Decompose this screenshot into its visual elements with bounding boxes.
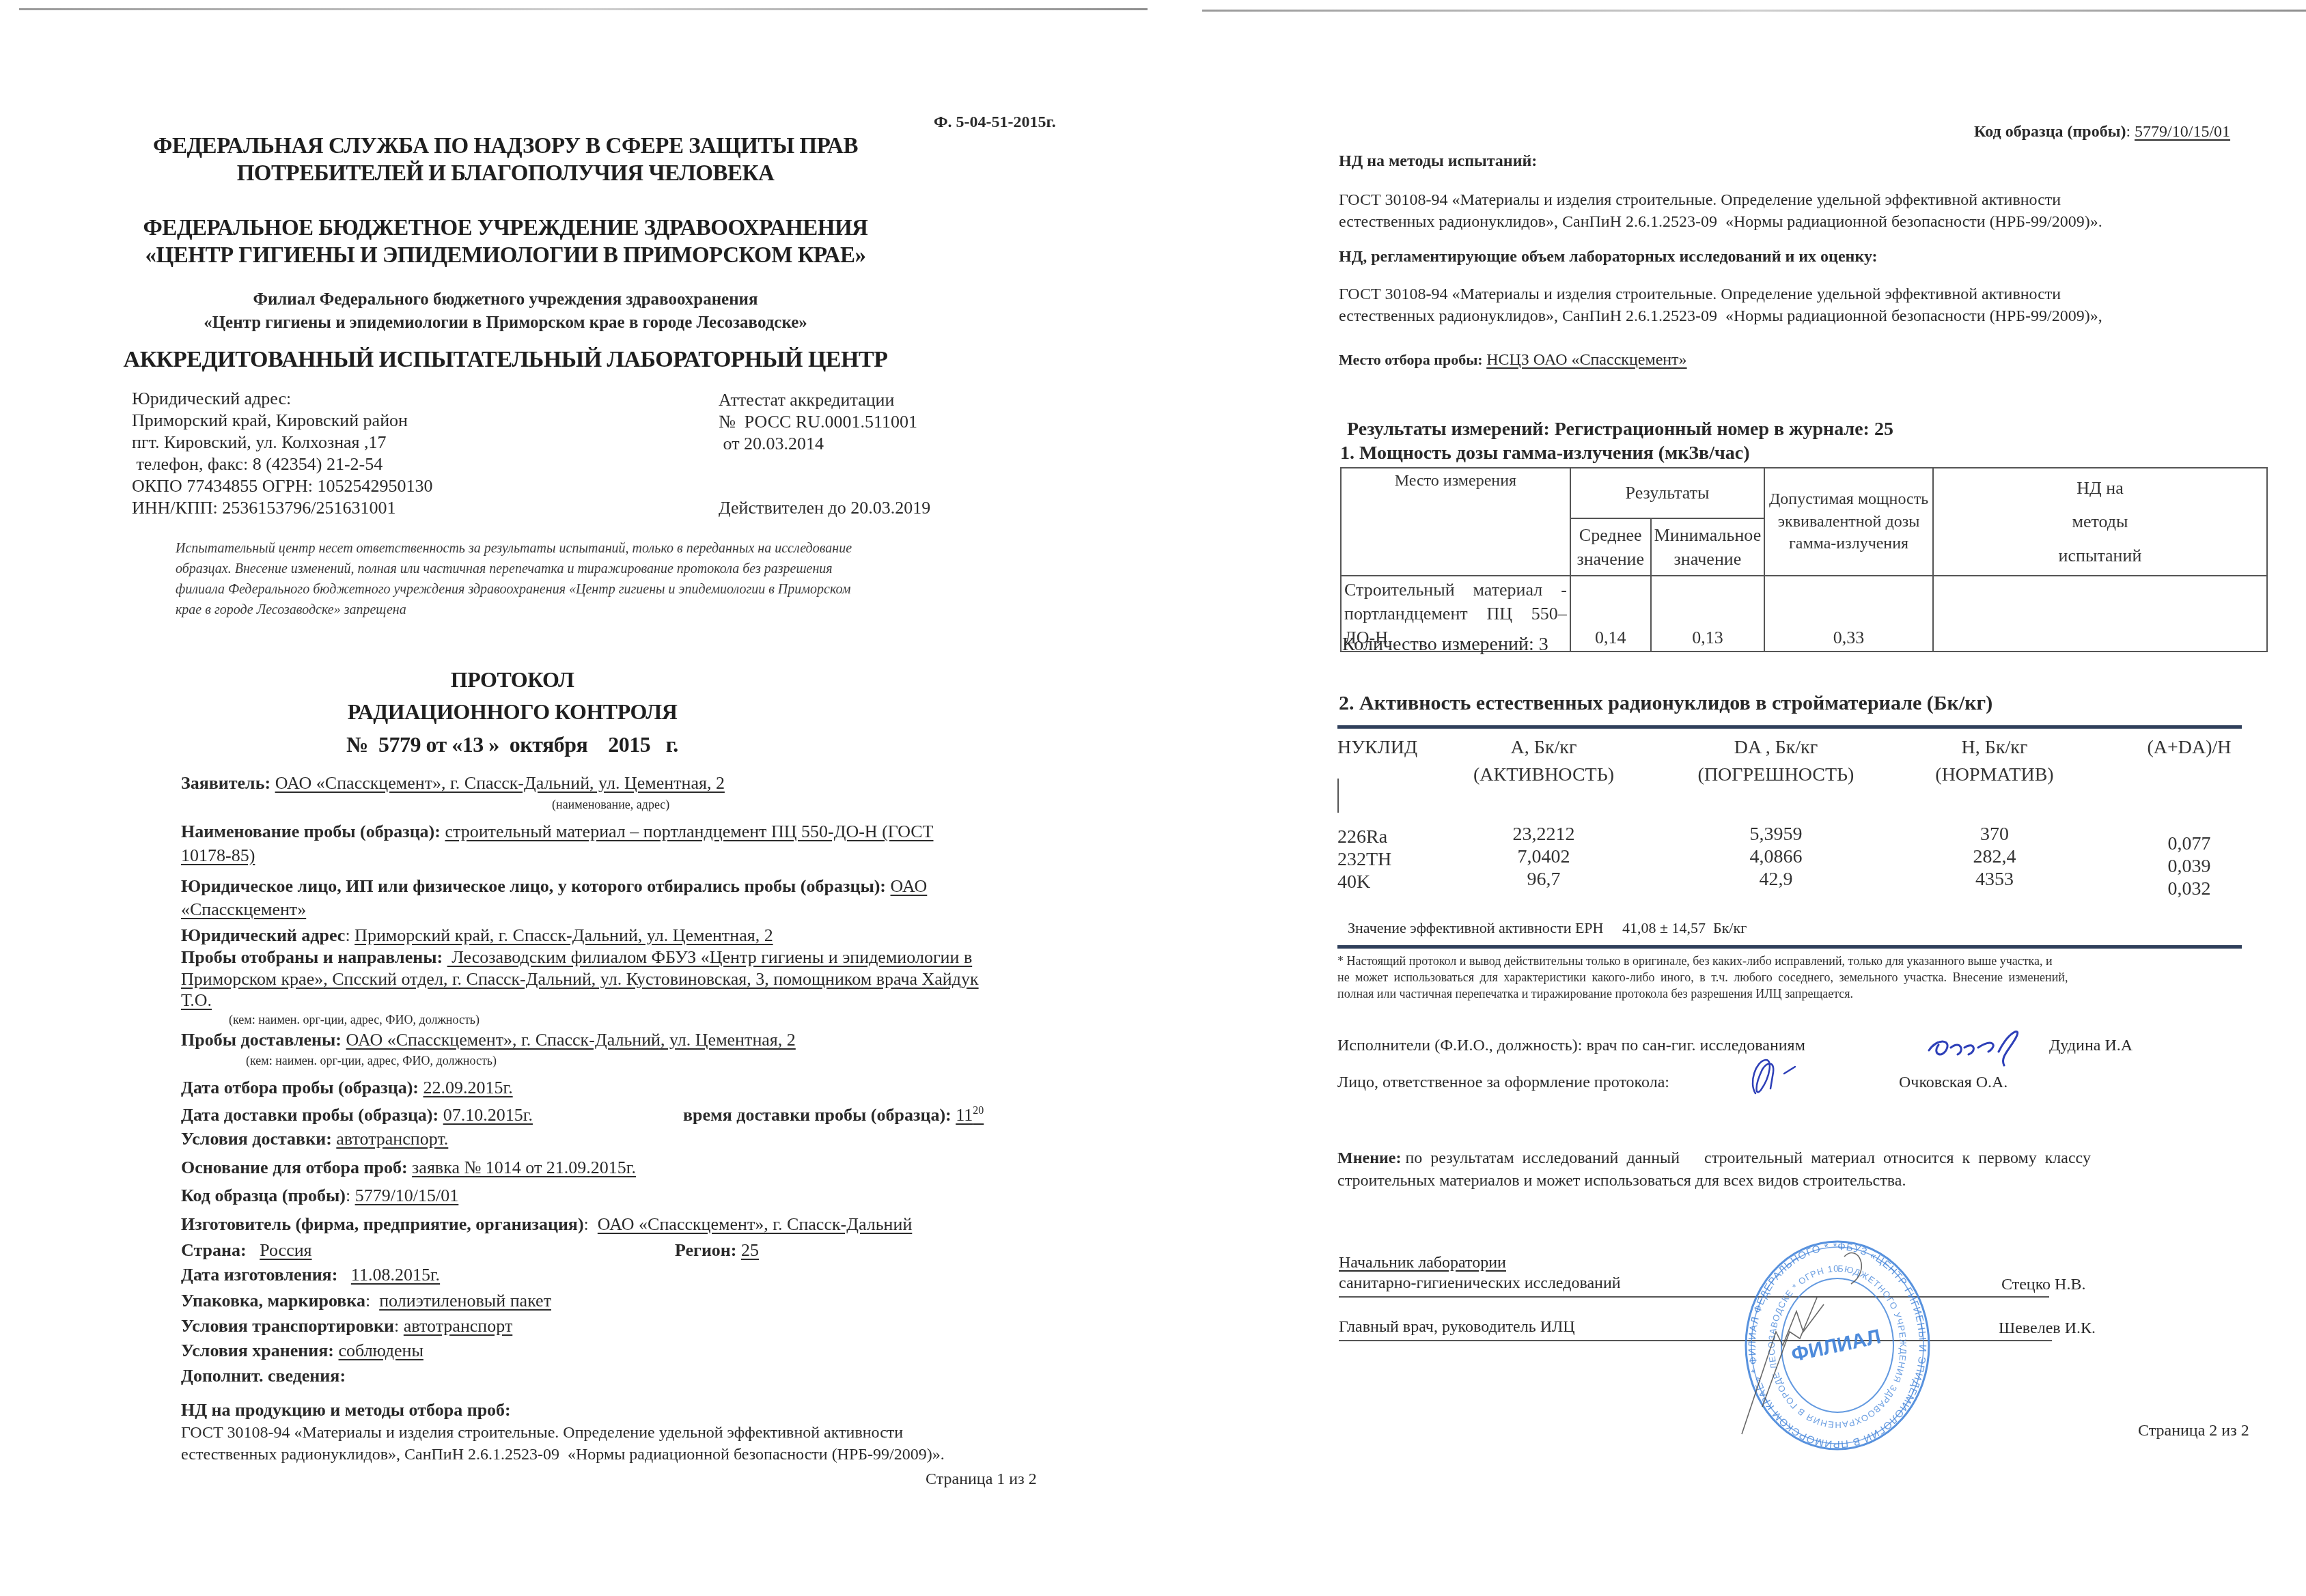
accreditation-block: Аттестат аккредитации № РОСС RU.0001.511… — [719, 389, 917, 455]
nuclide-header-cell: НУКЛИД — [1337, 734, 1433, 761]
field-value: ОАО «Спасскцемент», г. Спасск-Дальний, у… — [275, 773, 725, 793]
field-hint: (кем: наимен. орг-ции, адрес, ФИО, должн… — [246, 1054, 497, 1068]
page-footer: Страница 2 из 2 — [2138, 1422, 2249, 1440]
field-manufacturer: Изготовитель (фирма, предприятие, органи… — [181, 1214, 912, 1235]
page-footer: Страница 1 из 2 — [926, 1470, 1037, 1489]
field-label: Основание для отбора проб: — [181, 1158, 408, 1177]
cell-nd — [1933, 576, 2267, 652]
nd-scope-line: естественных радионуклидов», СанПиН 2.6.… — [1339, 307, 2102, 326]
field-label: Дата отбора пробы (образца): — [181, 1078, 419, 1097]
head-lab-title: санитарно-гигиенических исследований — [1339, 1274, 1621, 1293]
cell-allowed: 0,33 — [1764, 576, 1933, 652]
protocol-page-2: Код образца (пробы): 5779/10/15/01 НД на… — [1154, 0, 2306, 1596]
branch-line-1: Филиал Федерального бюджетного учреждени… — [109, 290, 902, 309]
field-label: Пробы отобраны и направлены: — [181, 947, 443, 967]
address-line: ИНН/КПП: 2536153796/251631001 — [132, 497, 432, 519]
header-line: (АКТИВНОСТЬ) — [1455, 761, 1633, 789]
field-value: 5779/10/15/01 — [2135, 123, 2230, 141]
field-value: Приморский край, г. Спасск-Дальний, ул. … — [355, 925, 773, 945]
address-line: ОКПО 77434855 ОГРН: 1052542950130 — [132, 475, 432, 497]
field-label: Код образца (пробы) — [181, 1186, 346, 1205]
field-label: Юридический адрес — [181, 925, 345, 945]
protocol-title-2: РАДИАЦИОННОГО КОНТРОЛЯ — [205, 699, 820, 725]
accreditation-valid-until: Действителен до 20.03.2019 — [719, 498, 930, 518]
field-value: ОАО «Спасскцемент», г. Спасск-Дальний — [598, 1214, 912, 1234]
field-additional: Дополнит. сведения: — [181, 1366, 346, 1386]
field-value: НСЦЗ ОАО «Спасскцемент» — [1486, 351, 1686, 369]
protocol-title-1: ПРОТОКОЛ — [205, 667, 820, 692]
nuclide-cell-a: 7,0402 — [1455, 846, 1633, 868]
protocol-page-1: Ф. 5-04-51-2015г. ФЕДЕРАЛЬНАЯ СЛУЖБА ПО … — [0, 0, 1148, 1596]
nuclide-header-cell: А, Бк/кг(АКТИВНОСТЬ) — [1455, 734, 1633, 789]
header-allowed: Допустимая мощность эквивалентной дозы г… — [1764, 468, 1933, 576]
field-legal-address: Юридический адрес: Приморский край, г. С… — [181, 925, 773, 946]
nuclide-cell-a: 23,2212 — [1455, 824, 1633, 845]
field-value: ОАО — [891, 876, 928, 896]
field-label: Условия доставки: — [181, 1129, 332, 1149]
field-delivery-date: Дата доставки пробы (образца): 07.10.201… — [181, 1105, 533, 1125]
footnote: * Настоящий протокол и вывод действитель… — [1337, 953, 2068, 1002]
page-edge — [1202, 10, 2306, 12]
nd-methods-line: ГОСТ 30108-94 «Материалы и изделия строи… — [1339, 191, 2061, 210]
table-left-tick — [1337, 779, 1339, 813]
agency-line-1: ФЕДЕРАЛЬНАЯ СЛУЖБА ПО НАДЗОРУ В СФЕРЕ ЗА… — [109, 134, 902, 159]
protocol-number: № 5779 от «13 » октября 2015 г. — [205, 732, 820, 757]
performers-label: Исполнители (Ф.И.О., должность): врач по… — [1337, 1037, 1805, 1055]
field-value: Россия — [260, 1240, 311, 1260]
field-hint: (кем: наимен. орг-ции, адрес, ФИО, должн… — [229, 1013, 480, 1027]
field-value: автотранспорт — [404, 1316, 512, 1336]
disclaimer: Испытательный центр несет ответственност… — [176, 538, 852, 620]
field-value: 5779/10/15/01 — [355, 1186, 459, 1205]
field-value: 11.08.2015г. — [351, 1265, 440, 1285]
responsible-signature-icon — [1742, 1056, 1817, 1097]
field-sample-name: Наименование пробы (образца): строительн… — [181, 822, 934, 842]
head-lab-title: Начальник лаборатории — [1339, 1254, 1506, 1272]
field-manufacture-date: Дата изготовления: 11.08.2015г. — [181, 1265, 440, 1285]
header-place: Место измерения — [1341, 468, 1570, 576]
effective-activity: Значение эффективной активности ЕРН 41,0… — [1348, 919, 1747, 937]
field-transport: Условия транспортировки: автотранспорт — [181, 1316, 512, 1336]
signature-line — [1339, 1340, 2052, 1341]
nuclide-cell-ratio: 0,077 — [2124, 833, 2254, 855]
field-delivery-conditions: Условия доставки: автотранспорт. — [181, 1129, 448, 1149]
header-results: Результаты — [1570, 468, 1764, 518]
field-value: Приморском крае», Спсский отдел, г. Спас… — [181, 969, 979, 990]
field-value: строительный материал – портландцемент П… — [445, 822, 933, 841]
field-value: Лесозаводским филиалом ФБУЗ «Центр гигие… — [447, 947, 973, 967]
disclaimer-line: крае в городе Лесозаводске» запрещена — [176, 600, 852, 620]
field-sample-code: Код образца (пробы): 5779/10/15/01 — [181, 1186, 458, 1206]
nd-scope-line: ГОСТ 30108-94 «Материалы и изделия строи… — [1339, 285, 2061, 304]
field-value: 25 — [741, 1240, 759, 1260]
opinion-text: строительных материалов и может использо… — [1337, 1172, 1906, 1190]
gamma-title: 1. Мощность дозы гамма-излучения (мкЗв/ч… — [1340, 443, 1750, 464]
nuclide-cell-da: 42,9 — [1673, 869, 1878, 891]
disclaimer-line: образцах. Внесение изменений, полная или… — [176, 559, 852, 579]
address-line: пгт. Кировский, ул. Колхозная ,17 — [132, 432, 432, 453]
field-label: Заявитель: — [181, 773, 270, 793]
field-label: Наименование пробы (образца): — [181, 822, 441, 841]
performer-signature-icon — [1923, 1024, 2040, 1072]
nuclide-cell-nuclide: 226Ra — [1337, 826, 1433, 848]
nd-products-label: НД на продукцию и методы отбора проб: — [181, 1400, 511, 1420]
form-code: Ф. 5-04-51-2015г. — [934, 113, 1056, 132]
field-label: Место отбора пробы: — [1339, 351, 1483, 368]
nd-products-line: естественных радионуклидов», СанПиН 2.6.… — [181, 1446, 945, 1464]
field-region: Регион: 25 — [675, 1240, 759, 1261]
field-value: 22.09.2015г. — [423, 1078, 512, 1097]
nuclide-cell-da: 4,0866 — [1673, 846, 1878, 868]
opinion-label: Мнение: — [1337, 1149, 1401, 1167]
field-delivered-by: Пробы доставлены: ОАО «Спасскцемент», г.… — [181, 1030, 796, 1050]
address-line: Юридический адрес: — [132, 388, 432, 410]
institution-line-1: ФЕДЕРАЛЬНОЕ БЮДЖЕТНОЕ УЧРЕЖДЕНИЕ ЗДРАВОО… — [109, 216, 902, 241]
field-storage: Условия хранения: соблюдены — [181, 1341, 423, 1361]
header-line: DA , Бк/кг — [1673, 734, 1878, 761]
nuclide-header-cell: (A+DA)/H — [2124, 734, 2254, 761]
nuclide-cell-nuclide: 40K — [1337, 871, 1433, 893]
page-edge — [19, 8, 1148, 10]
field-legal-entity: Юридическое лицо, ИП или физическое лицо… — [181, 876, 927, 897]
field-label: Пробы доставлены: — [181, 1030, 342, 1050]
field-value: заявка № 1014 от 21.09.2015г. — [412, 1158, 636, 1177]
nuclide-cell-da: 5,3959 — [1673, 824, 1878, 845]
branch-line-2: «Центр гигиены и эпидемиологии в Приморс… — [109, 313, 902, 333]
header-min: Минимальное значение — [1651, 518, 1765, 576]
header-line: Н, Бк/кг — [1906, 734, 2083, 761]
cell-min: 0,13 — [1651, 576, 1765, 652]
header-line: (A+DA)/H — [2124, 734, 2254, 761]
chief-name: Шевелев И.К. — [1999, 1319, 2096, 1338]
responsible-label: Лицо, ответственное за оформление проток… — [1337, 1074, 1669, 1092]
time-hours: 11 — [956, 1105, 973, 1125]
nuclide-header-cell: Н, Бк/кг(НОРМАТИВ) — [1906, 734, 2083, 789]
field-value: «Спасскцемент» — [181, 899, 306, 920]
field-value: 10178-85) — [181, 845, 255, 866]
nuclide-cell-h: 4353 — [1906, 869, 2083, 891]
address-block: Юридический адрес: Приморский край, Киро… — [132, 388, 432, 519]
nuclide-cell-ratio: 0,032 — [2124, 878, 2254, 900]
nuclide-cell-a: 96,7 — [1455, 869, 1633, 891]
field-label: Юридическое лицо, ИП или физическое лицо… — [181, 876, 886, 896]
field-value: ОАО «Спасскцемент», г. Спасск-Дальний, у… — [346, 1030, 796, 1050]
cell-mean: 0,14 — [1570, 576, 1651, 652]
field-hint: (наименование, адрес) — [552, 798, 669, 812]
field-label: Условия хранения: — [181, 1341, 334, 1360]
responsible-name: Очковская О.А. — [1899, 1074, 2008, 1092]
header-mean: Среднее значение — [1570, 518, 1651, 576]
field-value: соблюдены — [339, 1341, 423, 1360]
footnote-line: * Настоящий протокол и вывод действитель… — [1337, 953, 2068, 969]
field-basis: Основание для отбора проб: заявка № 1014… — [181, 1158, 636, 1178]
nd-methods-line: естественных радионуклидов», СанПиН 2.6.… — [1339, 213, 2102, 232]
nd-methods-label: НД на методы испытаний: — [1339, 152, 1537, 171]
field-label: Дата доставки пробы (образца): — [181, 1105, 439, 1125]
head-lab-name: Стецко Н.В. — [2001, 1276, 2085, 1294]
official-stamp-icon: ФБУЗ «ЦЕНТР ГИГИЕНЫ И ЭПИДЕМИОЛОГИИ В ПР… — [1735, 1229, 1940, 1455]
field-sampled-by: Пробы отобраны и направлены: Лесозаводск… — [181, 947, 972, 968]
opinion-text: по результатам исследований данный строи… — [1405, 1149, 2091, 1167]
field-sampling-date: Дата отбора пробы (образца): 22.09.2015г… — [181, 1078, 513, 1098]
header-nd-text: НД на методы испытаний — [2048, 471, 2151, 572]
footnote-line: не может использоваться для характеристи… — [1337, 969, 2068, 985]
signature-line — [1339, 1296, 2049, 1298]
measurement-count: Количество измерений: 3 — [1342, 634, 1548, 656]
results-title: Результаты измерений: Регистрационный но… — [1347, 419, 1893, 440]
performers-name: Дудина И.А — [2049, 1037, 2133, 1055]
opinion: Мнение: по результатам исследований данн… — [1337, 1149, 2091, 1168]
header-line: (НОРМАТИВ) — [1906, 761, 2083, 789]
divider-rule — [1337, 945, 2242, 949]
nd-scope-label: НД, регламентирующие объем лабораторных … — [1339, 248, 1878, 266]
field-label: Страна: — [181, 1240, 247, 1260]
nuclides-title: 2. Активность естественных радионуклидов… — [1339, 692, 1992, 715]
header-line: НУКЛИД — [1337, 734, 1433, 761]
field-packaging: Упаковка, маркировка: полиэтиленовый пак… — [181, 1291, 551, 1311]
address-line: Приморский край, Кировский район — [132, 410, 432, 432]
field-value: полиэтиленовый пакет — [379, 1291, 551, 1311]
field-value: 07.10.2015г. — [443, 1105, 533, 1125]
field-value: 1120 — [956, 1105, 984, 1125]
accreditation-label: Аттестат аккредитации — [719, 389, 917, 411]
header-line: (ПОГРЕШНОСТЬ) — [1673, 761, 1878, 789]
agency-line-2: ПОТРЕБИТЕЛЕЙ И БЛАГОПОЛУЧИЯ ЧЕЛОВЕКА — [109, 161, 902, 186]
disclaimer-line: филиала Федерального бюджетного учрежден… — [176, 579, 852, 600]
header-nd: НД на методы испытаний — [1933, 468, 2267, 576]
field-label: Код образца (пробы) — [1974, 123, 2126, 141]
time-minutes: 20 — [973, 1105, 984, 1117]
field-label: Дата изготовления: — [181, 1265, 337, 1285]
field-label: время доставки пробы (образца): — [683, 1105, 951, 1125]
nuclide-header-cell: DA , Бк/кг(ПОГРЕШНОСТЬ) — [1673, 734, 1878, 789]
nuclide-cell-nuclide: 232TH — [1337, 849, 1433, 871]
header-line: А, Бк/кг — [1455, 734, 1633, 761]
footnote-line: полная или частичная перепечатка и тираж… — [1337, 985, 2068, 1002]
accreditation-number: № РОСС RU.0001.511001 — [719, 411, 917, 433]
institution-line-2: «ЦЕНТР ГИГИЕНЫ И ЭПИДЕМИОЛОГИИ В ПРИМОРС… — [109, 243, 902, 268]
field-value: Т.О. — [181, 990, 212, 1011]
address-line: телефон, факс: 8 (42354) 21-2-54 — [132, 453, 432, 475]
accreditation-date: от 20.03.2014 — [719, 433, 917, 455]
lab-center-title: АККРЕДИТОВАННЫЙ ИСПЫТАТЕЛЬНЫЙ ЛАБОРАТОРН… — [109, 347, 902, 373]
field-applicant: Заявитель: ОАО «Спасскцемент», г. Спасск… — [181, 773, 725, 794]
field-country: Страна: Россия — [181, 1240, 312, 1261]
gamma-table: Место измерения Результаты Допустимая мо… — [1340, 467, 2268, 652]
field-label: Условия транспортировки — [181, 1316, 394, 1336]
sampling-place: Место отбора пробы: НСЦЗ ОАО «Спасскцеме… — [1339, 351, 1687, 369]
divider-rule — [1337, 725, 2242, 729]
field-delivery-time: время доставки пробы (образца): 1120 — [683, 1105, 984, 1125]
sample-code: Код образца (пробы): 5779/10/15/01 — [1974, 123, 2230, 141]
nd-products-line: ГОСТ 30108-94 «Материалы и изделия строи… — [181, 1424, 903, 1442]
disclaimer-line: Испытательный центр несет ответственност… — [176, 538, 852, 559]
field-label: Регион: — [675, 1240, 737, 1260]
nuclide-cell-ratio: 0,039 — [2124, 856, 2254, 878]
nuclide-cell-h: 370 — [1906, 824, 2083, 845]
field-value: автотранспорт. — [336, 1129, 448, 1149]
field-label: Изготовитель (фирма, предприятие, органи… — [181, 1214, 584, 1234]
chief-title: Главный врач, руководитель ИЛЦ — [1339, 1318, 1575, 1336]
field-label: Упаковка, маркировка — [181, 1291, 365, 1311]
nuclide-cell-h: 282,4 — [1906, 846, 2083, 868]
